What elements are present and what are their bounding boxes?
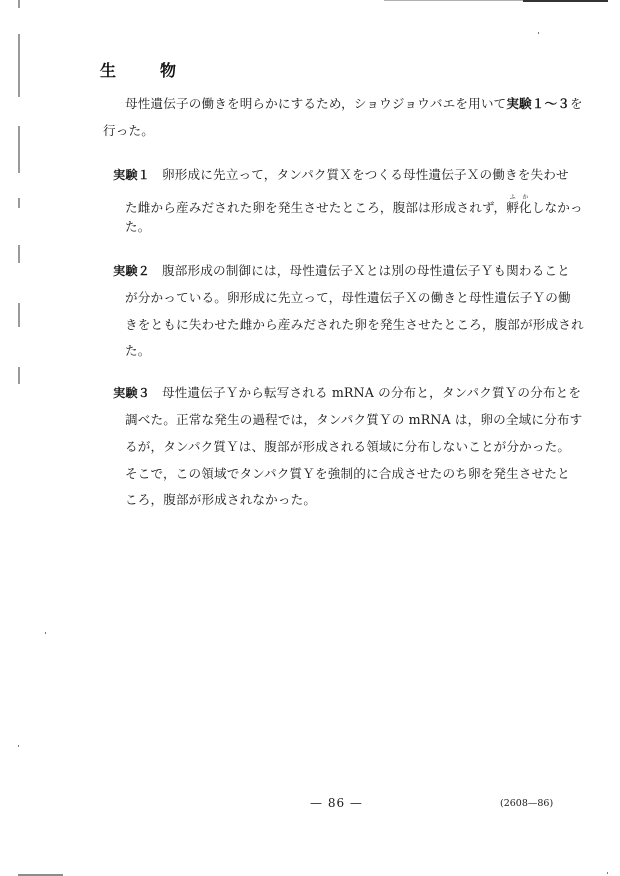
- experiment-text: 卵形成に先立って，タンパク質Ｘをつくる母性遺伝子Ｘの働きを失わせ: [162, 167, 569, 182]
- intro-line-2: 行った。: [103, 123, 154, 139]
- experiment-2-label: 実験２: [113, 264, 150, 278]
- ruby-hatching: 孵化ふか: [506, 200, 532, 215]
- experiment-3-line-2: 調べた。正常な発生の過程では，タンパク質Ｙの mRNA は，卵の全域に分布す: [125, 412, 582, 428]
- experiment-text: 調べた。正常な発生の過程では，タンパク質Ｙの mRNA は，卵の全域に分布す: [125, 412, 582, 427]
- scan-speck: [45, 632, 46, 634]
- scan-margin-mark: [18, 303, 20, 327]
- experiment-3-label: 実験３: [113, 386, 150, 400]
- section-heading: 生 物: [100, 58, 190, 81]
- experiment-2-line-1: 実験２腹部形成の制御には，母性遺伝子Ｘとは別の母性遺伝子Ｙも関わること: [113, 263, 570, 279]
- intro-line-1: 母性遺伝子の働きを明らかにするため，ショウジョウバエを用いて実験１～３を: [125, 96, 583, 112]
- intro-experiments-ref: 実験１～３: [506, 96, 570, 111]
- experiment-text: きをともに失わせた雌から産みだされた卵を発生させたところ，腹部が形成され: [125, 317, 584, 332]
- exam-code: (2608—86): [500, 798, 553, 809]
- intro-text: を: [570, 96, 583, 111]
- ruby-reading: ふか: [506, 194, 531, 201]
- experiment-2-line-4: た。: [125, 343, 151, 359]
- scan-speck: [538, 32, 539, 34]
- experiment-text: そこで，この領域でタンパク質Ｙを強制的に合成させたのち卵を発生させたと: [125, 466, 570, 481]
- experiment-text: 腹部形成の制御には，母性遺伝子Ｘとは別の母性遺伝子Ｙも関わること: [162, 263, 570, 278]
- experiment-text: るが，タンパク質Ｙは、腹部が形成される領域に分布しないことが分かった。: [125, 439, 570, 454]
- experiment-text: 母性遺伝子Ｙから転写される mRNA の分布と，タンパク質Ｙの分布とを: [162, 385, 581, 400]
- experiment-text: ころ，腹部が形成されなかった。: [125, 492, 316, 507]
- experiment-text: た雌から産みだされた卵を発生させたところ，腹部は形成されず，: [125, 200, 506, 215]
- experiment-text: が分かっている。卵形成に先立って，母性遺伝子Ｘの働きと母性遺伝子Ｙの働: [125, 290, 571, 305]
- ruby-base: 孵化: [506, 200, 532, 215]
- experiment-3-line-4: そこで，この領域でタンパク質Ｙを強制的に合成させたのち卵を発生させたと: [125, 466, 570, 482]
- experiment-2-line-2: が分かっている。卵形成に先立って，母性遺伝子Ｘの働きと母性遺伝子Ｙの働: [125, 290, 571, 306]
- experiment-1-line-1: 実験１卵形成に先立って，タンパク質Ｘをつくる母性遺伝子Ｘの働きを失わせ: [113, 167, 569, 183]
- experiment-text: た。: [125, 219, 151, 234]
- scan-top-rule: [523, 0, 608, 2]
- experiment-1-label: 実験１: [113, 168, 150, 182]
- scan-speck: [607, 872, 608, 874]
- experiment-1-line-3: た。: [125, 219, 151, 235]
- scan-top-rule: [384, 0, 524, 1]
- scan-margin-mark: [18, 367, 20, 384]
- scan-margin-mark: [18, 126, 20, 173]
- experiment-1-line-2: た雌から産みだされた卵を発生させたところ，腹部は形成されず，孵化ふかしなかっ: [125, 194, 583, 216]
- intro-text: 母性遺伝子の働きを明らかにするため，ショウジョウバエを用いて: [125, 96, 506, 111]
- scan-margin-mark: [18, 198, 20, 208]
- scan-margin-mark: [18, 245, 20, 263]
- exam-page: 生 物 母性遺伝子の働きを明らかにするため，ショウジョウバエを用いて実験１～３を…: [0, 0, 620, 876]
- scan-margin-mark: [18, 0, 20, 8]
- scan-margin-mark: [18, 34, 20, 97]
- page-number: — 86 —: [310, 796, 363, 810]
- experiment-3-line-1: 実験３母性遺伝子Ｙから転写される mRNA の分布と，タンパク質Ｙの分布とを: [113, 385, 581, 401]
- experiment-3-line-5: ころ，腹部が形成されなかった。: [125, 492, 316, 508]
- scan-speck: [18, 745, 19, 747]
- experiment-text: た。: [125, 343, 151, 358]
- intro-text: 行った。: [103, 123, 154, 138]
- experiment-text: しなかっ: [532, 200, 583, 215]
- experiment-2-line-3: きをともに失わせた雌から産みだされた卵を発生させたところ，腹部が形成され: [125, 317, 584, 333]
- experiment-3-line-3: るが，タンパク質Ｙは、腹部が形成される領域に分布しないことが分かった。: [125, 439, 570, 455]
